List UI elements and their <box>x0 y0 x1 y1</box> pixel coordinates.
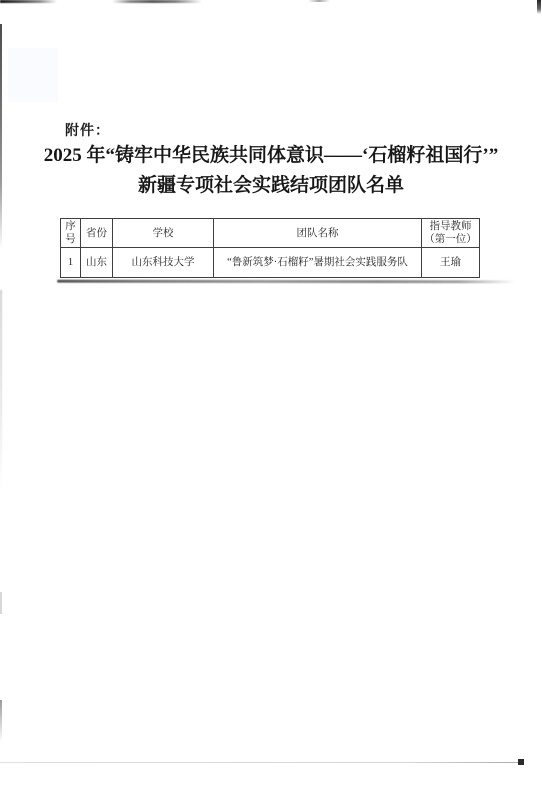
table-row: 1 山东 山东科技大学 “鲁新筑梦·石榴籽”暑期社会实践服务队 王瑜 <box>61 248 480 278</box>
scan-line-left-edge-faint <box>0 290 2 490</box>
cell-school: 山东科技大学 <box>113 248 214 278</box>
table-header-row: 序号 省份 学校 团队名称 指导教师（第一位） <box>61 219 480 248</box>
scan-mark-top-right-corner <box>537 0 541 14</box>
cell-advisor: 王瑜 <box>422 248 480 278</box>
scan-patch-top-left <box>8 48 58 102</box>
scanned-page: 附件： 2025 年“铸牢中华民族共同体意识——‘石榴籽祖国行’” 新疆专项社会… <box>0 0 542 789</box>
col-header-school: 学校 <box>113 219 214 248</box>
scan-mark-bottom-right <box>518 759 524 765</box>
title-line-1: 2025 年“铸牢中华民族共同体意识——‘石榴籽祖国行’” <box>0 141 542 171</box>
team-list-table: 序号 省份 学校 团队名称 指导教师（第一位） 1 山东 山东科技大学 “鲁新筑… <box>60 218 480 278</box>
scan-smudge-under-table <box>57 280 515 284</box>
attachment-label: 附件： <box>65 120 110 140</box>
col-header-province: 省份 <box>81 219 113 248</box>
scan-smudge-top-left <box>0 0 57 3</box>
table-header: 序号 省份 学校 团队名称 指导教师（第一位） <box>61 219 480 248</box>
page-bottom-edge <box>0 762 524 763</box>
document-title: 2025 年“铸牢中华民族共同体意识——‘石榴籽祖国行’” 新疆专项社会实践结项… <box>0 141 542 201</box>
cell-team-name: “鲁新筑梦·石榴籽”暑期社会实践服务队 <box>214 248 422 278</box>
col-header-advisor: 指导教师（第一位） <box>422 219 480 248</box>
cell-index: 1 <box>61 248 81 278</box>
col-header-team-name: 团队名称 <box>214 219 422 248</box>
scan-line-left-edge-bottom <box>0 700 2 742</box>
scan-line-left-edge <box>0 24 2 249</box>
col-header-index: 序号 <box>61 219 81 248</box>
table-body: 1 山东 山东科技大学 “鲁新筑梦·石榴籽”暑期社会实践服务队 王瑜 <box>61 248 480 278</box>
scan-smudge-top-middle <box>112 0 202 3</box>
cell-province: 山东 <box>81 248 113 278</box>
title-line-2: 新疆专项社会实践结项团队名单 <box>0 171 542 201</box>
scan-smudge-top-small <box>308 0 330 2</box>
scan-line-left-edge-tiny <box>0 592 2 614</box>
